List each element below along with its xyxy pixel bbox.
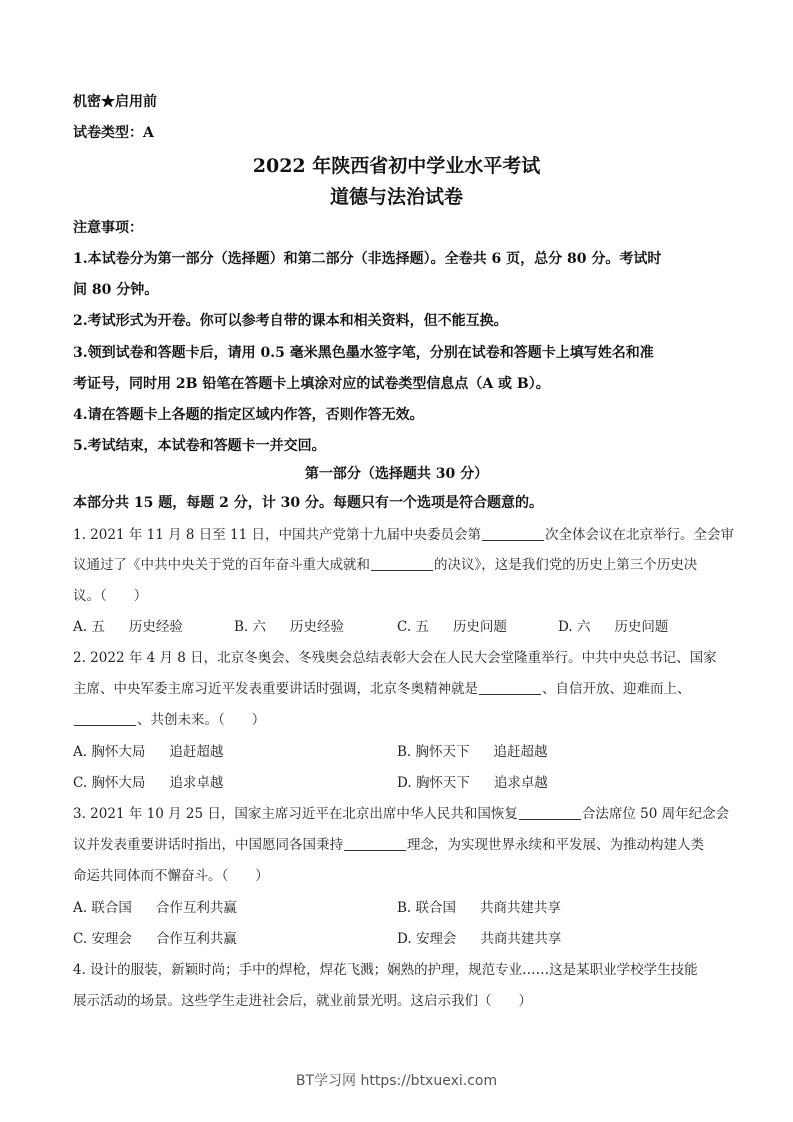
answer-blank [482, 526, 544, 541]
paper-type-label: 试卷类型：A [73, 123, 154, 143]
q1-line-1: 1. 2021 年 11 月 8 日至 11 日，中国共产党第十九届中央委员会第… [73, 525, 734, 545]
note-1b: 间 80 分钟。 [73, 280, 158, 300]
q2-line-2: 主席、中央军委主席习近平发表重要讲话时强调，北京冬奥精神就是、自信开放、迎难而上… [73, 679, 691, 699]
q3-line-1: 3. 2021 年 10 月 25 日，国家主席习近平在北京出席中华人民共和国恢… [73, 804, 729, 824]
confidential-label: 机密★启用前 [73, 92, 157, 112]
q2-option-d: D. 胸怀天下追求卓越 [397, 773, 548, 793]
q2-line-3: 、共创未来。（ ） [73, 710, 265, 730]
q1-option-d: D. 六历史问题 [558, 617, 668, 637]
answer-blank [519, 805, 581, 820]
note-4: 4.请在答题卡上各题的指定区域内作答，否则作答无效。 [73, 405, 424, 425]
answer-blank [74, 711, 136, 726]
part1-instruction: 本部分共 15 题，每题 2 分，计 30 分。每题只有一个选项是符合题意的。 [73, 493, 543, 513]
q3-line-2: 议并发表重要讲话时指出，中国愿同各国秉持理念，为实现世界永续和平发展、为推动构建… [73, 835, 704, 855]
notes-heading: 注意事项： [73, 218, 143, 238]
watermark-footer: BT学习网 https://btxuexi.com [0, 1070, 793, 1090]
q1-option-c: C. 五历史问题 [397, 617, 507, 637]
q2-option-a: A. 胸怀大局追赶超越 [73, 742, 223, 762]
q2-option-b: B. 胸怀天下追赶超越 [397, 742, 548, 762]
note-3a: 3.领到试卷和答题卡后，请用 0.5 毫米黑色墨水签字笔，分别在试卷和答题卡上填… [73, 343, 654, 363]
q1-line-3: 议。（ ） [73, 586, 147, 606]
q4-line-2: 展示活动的场景。这些学生走进社会后，就业前景光明。这启示我们（ ） [73, 991, 532, 1011]
q3-line-3: 命运共同体而不懈奋斗。（ ） [73, 866, 269, 886]
q1-line-2: 议通过了《中共中央关于党的百年奋斗重大成就和的决议》，这是我们党的历史上第三个历… [73, 555, 697, 575]
note-1a: 1.本试卷分为第一部分（选择题）和第二部分（非选择题）。全卷共 6 页，总分 8… [73, 249, 661, 269]
exam-title: 2022 年陕西省初中学业水平考试 [0, 153, 793, 179]
q4-line-1: 4. 设计的服装，新颖时尚；手中的焊枪，焊花飞溅；娴熟的护理，规范专业……这是某… [73, 960, 698, 980]
q3-option-b: B. 联合国共商共建共享 [397, 898, 561, 918]
note-3b: 考证号，同时用 2B 铅笔在答题卡上填涂对应的试卷类型信息点（A 或 B）。 [73, 374, 550, 394]
exam-subject-title: 道德与法治试卷 [0, 184, 793, 210]
answer-blank [344, 836, 406, 851]
q2-line-1: 2. 2022 年 4 月 8 日，北京冬奥会、冬残奥会总结表彰大会在人民大会堂… [73, 648, 717, 668]
note-2: 2.考试形式为开卷。你可以参考自带的课本和相关资料，但不能互换。 [73, 311, 508, 331]
exam-page: 机密★启用前 试卷类型：A 2022 年陕西省初中学业水平考试 道德与法治试卷 … [0, 0, 793, 1122]
q1-option-a: A. 五历史经验 [73, 617, 183, 637]
q3-option-c: C. 安理会合作互利共赢 [73, 929, 237, 949]
q1-option-b: B. 六历史经验 [234, 617, 344, 637]
q2-option-c: C. 胸怀大局追求卓越 [73, 773, 223, 793]
answer-blank [479, 680, 541, 695]
q3-option-a: A. 联合国合作互利共赢 [73, 898, 237, 918]
note-5: 5.考试结束，本试卷和答题卡一并交回。 [73, 436, 326, 456]
q3-option-d: D. 安理会共商共建共享 [397, 929, 561, 949]
part1-heading: 第一部分（选择题共 30 分） [0, 464, 793, 484]
answer-blank [371, 556, 433, 571]
